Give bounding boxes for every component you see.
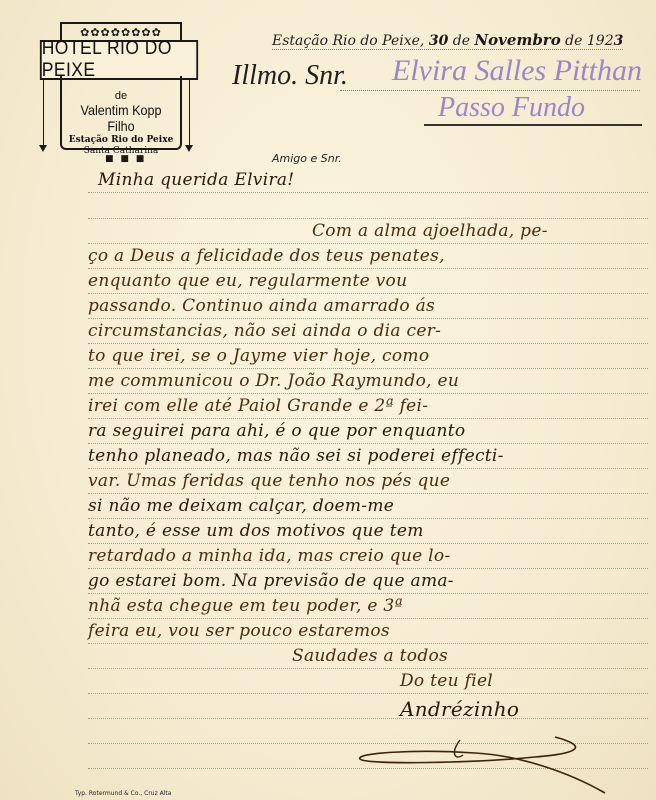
letter-opening: Minha querida Elvira!: [98, 170, 294, 190]
salutation-print: Illmo. Snr.: [232, 60, 348, 92]
rule: [88, 393, 648, 394]
rule: [88, 643, 648, 644]
letter-line: var. Umas feridas que tenho nos pés que: [88, 471, 450, 491]
rule: [88, 343, 648, 344]
rule: [88, 443, 648, 444]
letter-line: go estarei bom. Na previsão de que ama-: [88, 571, 454, 591]
letterhead-bottom-marks: ■ ■ ■: [105, 154, 146, 164]
rule: [88, 418, 648, 419]
letter-line: ço a Deus a felicidade dos teus penates,: [88, 246, 445, 266]
letter-closing: Do teu fiel: [400, 671, 493, 691]
dateline-year-prefix: 192: [587, 33, 614, 49]
hotel-name: HOTEL RIO DO PEIXE: [40, 40, 198, 80]
letter-line: feira eu, vou ser pouco estaremos: [88, 621, 390, 641]
letter-line: passando. Continuo ainda amarrado ás: [88, 296, 435, 316]
letter-line: irei com elle até Paiol Grande e 2ª fei-: [88, 396, 428, 416]
hotel-letterhead: ✿✿✿✿✿✿✿✿ HOTEL RIO DO PEIXE de Valentim …: [33, 14, 207, 159]
recipient-city: Passo Fundo: [438, 92, 585, 124]
hotel-station: Estação Rio do Peixe: [62, 134, 180, 146]
signature-flourish-icon: [355, 735, 615, 795]
city-rule: [424, 124, 642, 126]
dateline-de: de: [453, 33, 470, 49]
rule: [88, 218, 648, 219]
letter-line: circumstancias, não sei ainda o dia cer-: [88, 321, 441, 341]
rule: [88, 192, 648, 193]
signature: Andrézinho: [400, 697, 519, 721]
letter-line: enquanto que eu, regularmente vou: [88, 271, 407, 291]
rule: [88, 593, 648, 594]
letter-line: si não me deixam calçar, doem-me: [88, 496, 394, 516]
letter-page: ✿✿✿✿✿✿✿✿ HOTEL RIO DO PEIXE de Valentim …: [0, 0, 656, 800]
dateline-place: Estação Rio do Peixe,: [272, 33, 424, 49]
rule: [88, 293, 648, 294]
letter-line: ra seguirei para ahi, é o que por enquan…: [88, 421, 465, 441]
rule: [88, 693, 648, 694]
letter-closing: Saudades a todos: [292, 646, 448, 666]
letter-line: me communicou o Dr. João Raymundo, eu: [88, 371, 459, 391]
letter-line: to que irei, se o Jayme vier hoje, como: [88, 346, 429, 366]
printer-credit: Typ. Rotermund & Co., Cruz Alta: [75, 790, 171, 797]
letter-line: nhã esta chegue em teu poder, e 3ª: [88, 596, 403, 616]
rule: [88, 718, 648, 719]
hotel-owner: Valentim Kopp Filho: [68, 102, 174, 134]
letterhead-de: de: [62, 90, 180, 102]
rule: [88, 543, 648, 544]
printed-greeting: Amigo e Snr.: [272, 152, 342, 165]
letter-line: tanto, é esse um dos motivos que tem: [88, 521, 424, 541]
rule: [88, 618, 648, 619]
rule: [88, 368, 648, 369]
rule: [88, 318, 648, 319]
dateline: Estação Rio do Peixe, 30 de Novembro de …: [272, 31, 623, 50]
dateline-de: de: [565, 33, 582, 49]
rule: [88, 268, 648, 269]
rule: [88, 243, 648, 244]
rule: [88, 668, 648, 669]
dateline-day: 30: [429, 33, 448, 49]
rule: [88, 568, 648, 569]
dateline-month: Novembro: [474, 31, 560, 49]
rule: [88, 493, 648, 494]
letter-line: tenho planeado, mas não sei si poderei e…: [88, 446, 504, 466]
address-rule: [340, 90, 640, 91]
dateline-year-digit: 3: [614, 33, 624, 49]
rule: [88, 468, 648, 469]
letterhead-body: de Valentim Kopp Filho Estação Rio do Pe…: [60, 76, 182, 150]
letter-line: Com a alma ajoelhada, pe-: [312, 221, 548, 241]
rule: [88, 518, 648, 519]
recipient-name: Elvira Salles Pitthan: [392, 54, 642, 88]
letter-line: retardado a minha ida, mas creio que lo-: [88, 546, 451, 566]
